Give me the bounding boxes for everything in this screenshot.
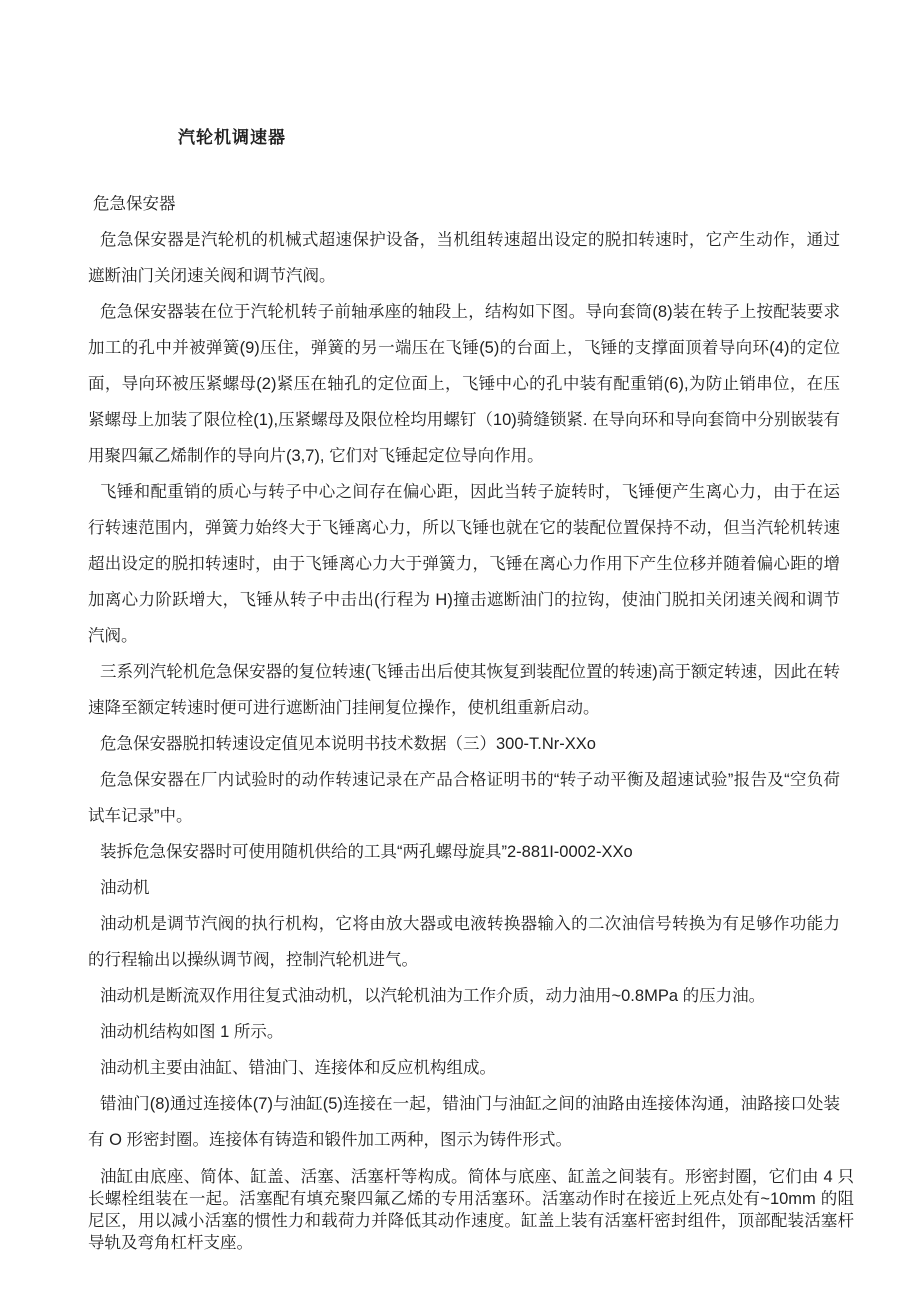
paragraph-factory-test-record: 危急保安器在厂内试验时的动作转速记录在产品合格证明书的“转子动平衡及超速试验”报… — [88, 762, 840, 834]
paragraph-flyweight-principle: 飞锤和配重销的质心与转子中心之间存在偏心距，因此当转子旋转时，飞锤便产生离心力，… — [88, 474, 840, 654]
paragraph-servomotor-function: 油动机是调节汽阀的执行机构，它将由放大器或电液转换器输入的二次油信号转换为有足够… — [88, 906, 840, 978]
paragraph-reset-speed: 三系列汽轮机危急保安器的复位转速(飞锤击出后使其恢复到装配位置的转速)高于额定转… — [88, 654, 840, 726]
paragraph-servomotor-figure-reference: 油动机结构如图 1 所示。 — [88, 1014, 840, 1050]
paragraph-servomotor-components: 油动机主要由油缸、错油门、连接体和反应机构组成。 — [88, 1050, 840, 1086]
paragraph-trip-speed-setting: 危急保安器脱扣转速设定值见本说明书技术数据（三）300-T.Nr-XXo — [88, 726, 840, 762]
document-title: 汽轮机调速器 — [178, 128, 848, 148]
section-heading-servomotor: 油动机 — [88, 870, 840, 906]
document-page: 汽轮机调速器 危急保安器 危急保安器是汽轮机的机械式超速保护设备，当机组转速超出… — [0, 0, 920, 1301]
section-heading-emergency-governor: 危急保安器 — [88, 186, 840, 222]
paragraph-assembly-tool: 装拆危急保安器时可使用随机供给的工具“两孔螺母旋具”2-881I-0002-XX… — [88, 834, 840, 870]
paragraph-oil-cylinder-construction: 油缸由底座、简体、缸盖、活塞、活塞杆等构成。简体与底座、缸盖之间装有。形密封圈，… — [88, 1166, 854, 1254]
paragraph-emergency-governor-structure: 危急保安器装在位于汽轮机转子前轴承座的轴段上，结构如下图。导向套筒(8)装在转子… — [88, 294, 840, 474]
paragraph-servomotor-type: 油动机是断流双作用往复式油动机，以汽轮机油为工作介质，动力油用~0.8MPa 的… — [88, 978, 840, 1014]
paragraph-pilot-valve-connection: 错油门(8)通过连接体(7)与油缸(5)连接在一起，错油门与油缸之间的油路由连接… — [88, 1086, 840, 1158]
paragraph-emergency-governor-intro: 危急保安器是汽轮机的机械式超速保护设备，当机组转速超出设定的脱扣转速时，它产生动… — [88, 222, 840, 294]
document-body: 危急保安器 危急保安器是汽轮机的机械式超速保护设备，当机组转速超出设定的脱扣转速… — [88, 186, 840, 1254]
